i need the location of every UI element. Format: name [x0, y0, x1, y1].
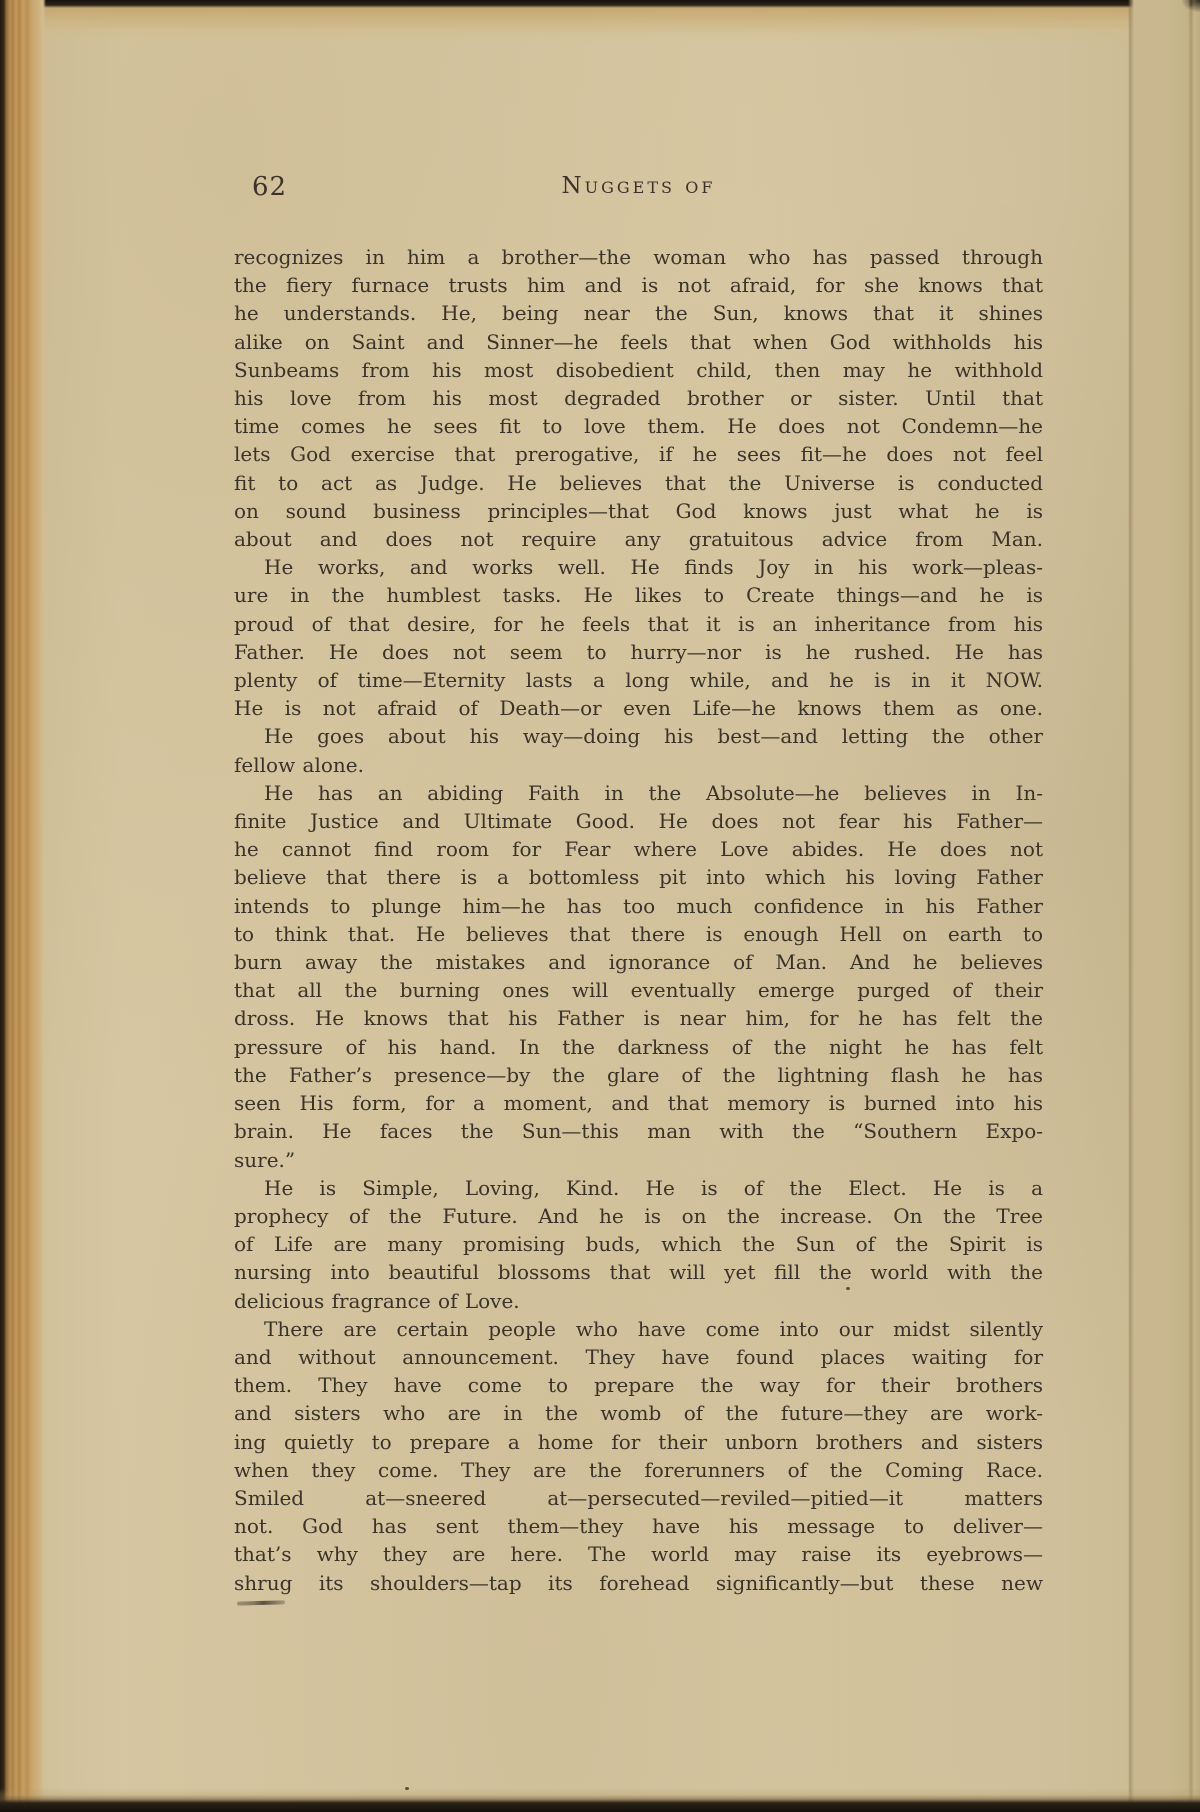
text-line: There are certain people who have come i…: [234, 1315, 1043, 1343]
text-line: his love from his most degraded brother …: [234, 384, 1043, 412]
text-line: of Life are many promising buds, which t…: [234, 1230, 1043, 1258]
text-line: fit to act as Judge. He believes that th…: [234, 469, 1043, 497]
text-line: believe that there is a bottomless pit i…: [234, 863, 1043, 891]
text-line: proud of that desire, for he feels that …: [234, 610, 1043, 638]
text-line: and sisters who are in the womb of the f…: [234, 1399, 1043, 1427]
text-line: on sound business principles—that God kn…: [234, 497, 1043, 525]
text-line: brain. He faces the Sun—this man with th…: [234, 1117, 1043, 1145]
text-line: sure.”: [234, 1146, 1043, 1174]
text-line: them. They have come to prepare the way …: [234, 1371, 1043, 1399]
text-line: Father. He does not seem to hurry—nor is…: [234, 638, 1043, 666]
text-line: time comes he sees fit to love them. He …: [234, 412, 1043, 440]
text-line: Smiled at—sneered at—persecuted—reviled—…: [234, 1484, 1043, 1512]
text-line: finite Justice and Ultimate Good. He doe…: [234, 807, 1043, 835]
running-title: Nuggets of: [234, 173, 1043, 199]
text-line: He works, and works well. He finds Joy i…: [234, 553, 1043, 581]
text-line: shrug its shoulders—tap its forehead sig…: [234, 1569, 1043, 1597]
text-line: that’s why they are here. The world may …: [234, 1540, 1043, 1568]
text-line: dross. He knows that his Father is near …: [234, 1004, 1043, 1032]
text-line: the fiery furnace trusts him and is not …: [234, 271, 1043, 299]
book-top-edge: [0, 0, 1200, 42]
text-line: lets God exercise that prerogative, if h…: [234, 440, 1043, 468]
text-line: when they come. They are the forerunners…: [234, 1456, 1043, 1484]
text-line: plenty of time—Eternity lasts a long whi…: [234, 666, 1043, 694]
text-line: and without announcement. They have foun…: [234, 1343, 1043, 1371]
text-line: nursing into beautiful blossoms that wil…: [234, 1258, 1043, 1286]
text-line: alike on Saint and Sinner—he feels that …: [234, 328, 1043, 356]
text-line: prophecy of the Future. And he is on the…: [234, 1202, 1043, 1230]
paper-speck: [846, 1287, 850, 1290]
text-line: ing quietly to prepare a home for their …: [234, 1428, 1043, 1456]
text-line: burn away the mistakes and ignorance of …: [234, 948, 1043, 976]
text-line: He is not afraid of Death—or even Life—h…: [234, 694, 1043, 722]
text-line: intends to plunge him—he has too much co…: [234, 892, 1043, 920]
text-line: he cannot find room for Fear where Love …: [234, 835, 1043, 863]
text-line: not. God has sent them—they have his mes…: [234, 1512, 1043, 1540]
text-line: seen His form, for a moment, and that me…: [234, 1089, 1043, 1117]
text-line: to think that. He believes that there is…: [234, 920, 1043, 948]
text-line: that all the burning ones will eventuall…: [234, 976, 1043, 1004]
text-line: fellow alone.: [234, 751, 1043, 779]
text-line: ure in the humblest tasks. He likes to C…: [234, 581, 1043, 609]
text-line: He is Simple, Loving, Kind. He is of the…: [234, 1174, 1043, 1202]
text-line: He has an abiding Faith in the Absolute—…: [234, 779, 1043, 807]
text-line: delicious fragrance of Love.: [234, 1287, 1043, 1315]
text-line: pressure of his hand. In the darkness of…: [234, 1033, 1043, 1061]
page-fold-right-edge: [1128, 0, 1200, 1812]
paper-speck: [405, 1787, 409, 1790]
text-line: about and does not require any gratuitou…: [234, 525, 1043, 553]
book-binding-edge: [0, 0, 46, 1812]
text-line: Sunbeams from his most disobedient child…: [234, 356, 1043, 384]
text-line: the Father’s presence—by the glare of th…: [234, 1061, 1043, 1089]
scan-corner-shadow: [1182, 0, 1200, 12]
text-line: he understands. He, being near the Sun, …: [234, 299, 1043, 327]
text-line: recognizes in him a brother—the woman wh…: [234, 243, 1043, 271]
text-line: He goes about his way—doing his best—and…: [234, 722, 1043, 750]
text-body: recognizes in him a brother—the woman wh…: [234, 243, 1043, 1597]
book-bottom-edge: [0, 1788, 1200, 1812]
